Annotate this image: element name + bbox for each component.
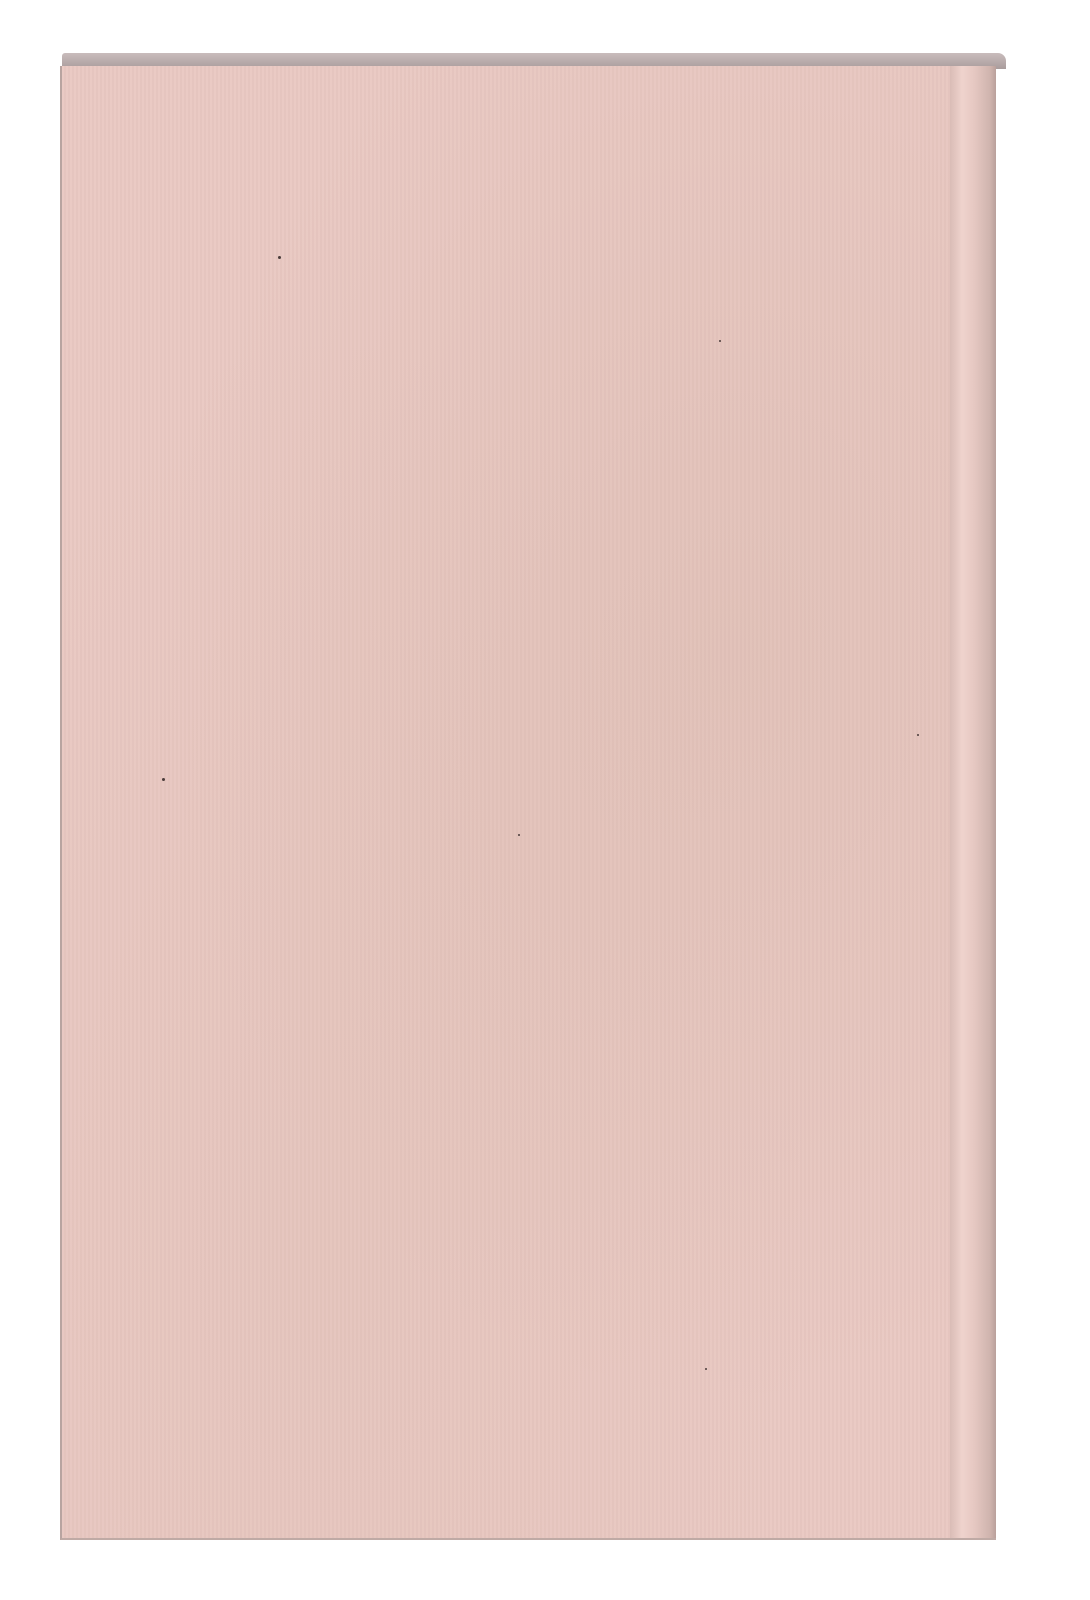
speck — [705, 1368, 707, 1370]
speck — [917, 734, 919, 736]
book-back-cover — [60, 66, 952, 1540]
speck — [719, 340, 721, 342]
speck — [278, 256, 281, 259]
book-spine — [950, 66, 996, 1540]
speck — [162, 778, 165, 781]
speck — [518, 834, 520, 836]
